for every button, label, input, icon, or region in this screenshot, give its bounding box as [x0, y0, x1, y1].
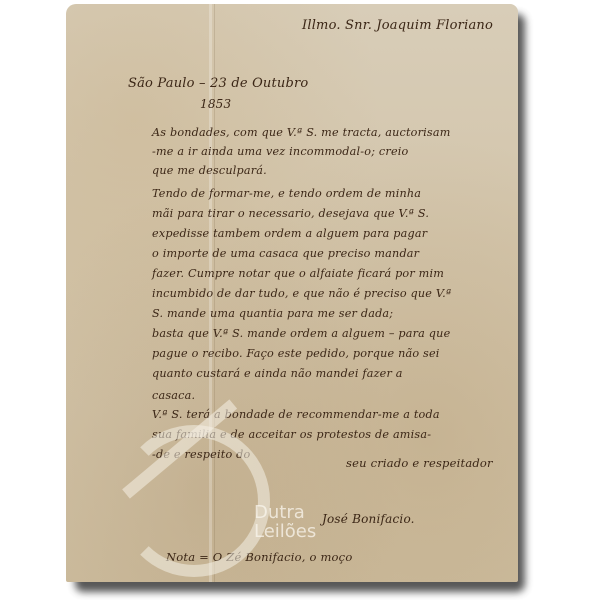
letter-line: V.ª S. terá a bondade de recommendar-me … — [152, 408, 440, 421]
letter-line: incumbido de dar tudo, e que não é preci… — [152, 287, 451, 300]
letter-line: fazer. Cumpre notar que o alfaiate ficar… — [152, 267, 444, 280]
letter-line: As bondades, com que V.ª S. me tracta, a… — [152, 126, 451, 139]
letter-line: que me desculpará. — [152, 164, 267, 177]
letter-line: casaca. — [152, 389, 195, 402]
letter-year: 1853 — [200, 97, 231, 111]
letter-line: expedisse tambem ordem a alguem para pag… — [152, 227, 427, 240]
watermark-text: Dutra Leilões — [254, 503, 316, 541]
watermark-logo-icon — [118, 425, 270, 577]
letter-line: Tendo de formar-me, e tendo ordem de min… — [152, 187, 421, 200]
letter-line: -me a ir ainda uma vez incommodal-o; cre… — [152, 145, 408, 158]
letter-place-date: São Paulo – 23 de Outubro — [128, 76, 308, 91]
letter-line: o importe de uma casaca que preciso mand… — [152, 247, 419, 260]
letter-closing: seu criado e respeitador — [346, 456, 493, 470]
letter-line: quanto custará e ainda não mandei fazer … — [152, 367, 403, 380]
letter-line: basta que V.ª S. mande ordem a alguem – … — [152, 327, 450, 340]
letter-line: pague o recibo. Faço este pedido, porque… — [152, 347, 440, 360]
letter-addressee: Illmo. Snr. Joaquim Floriano — [302, 18, 493, 33]
watermark-line-1: Dutra — [254, 503, 316, 522]
watermark-line-2: Leilões — [254, 522, 316, 541]
letter-line: mãi para tirar o necessario, desejava qu… — [152, 207, 429, 220]
letter-signature: José Bonifacio. — [322, 512, 415, 526]
letter-line: S. mande uma quantia para me ser dada; — [152, 307, 393, 320]
